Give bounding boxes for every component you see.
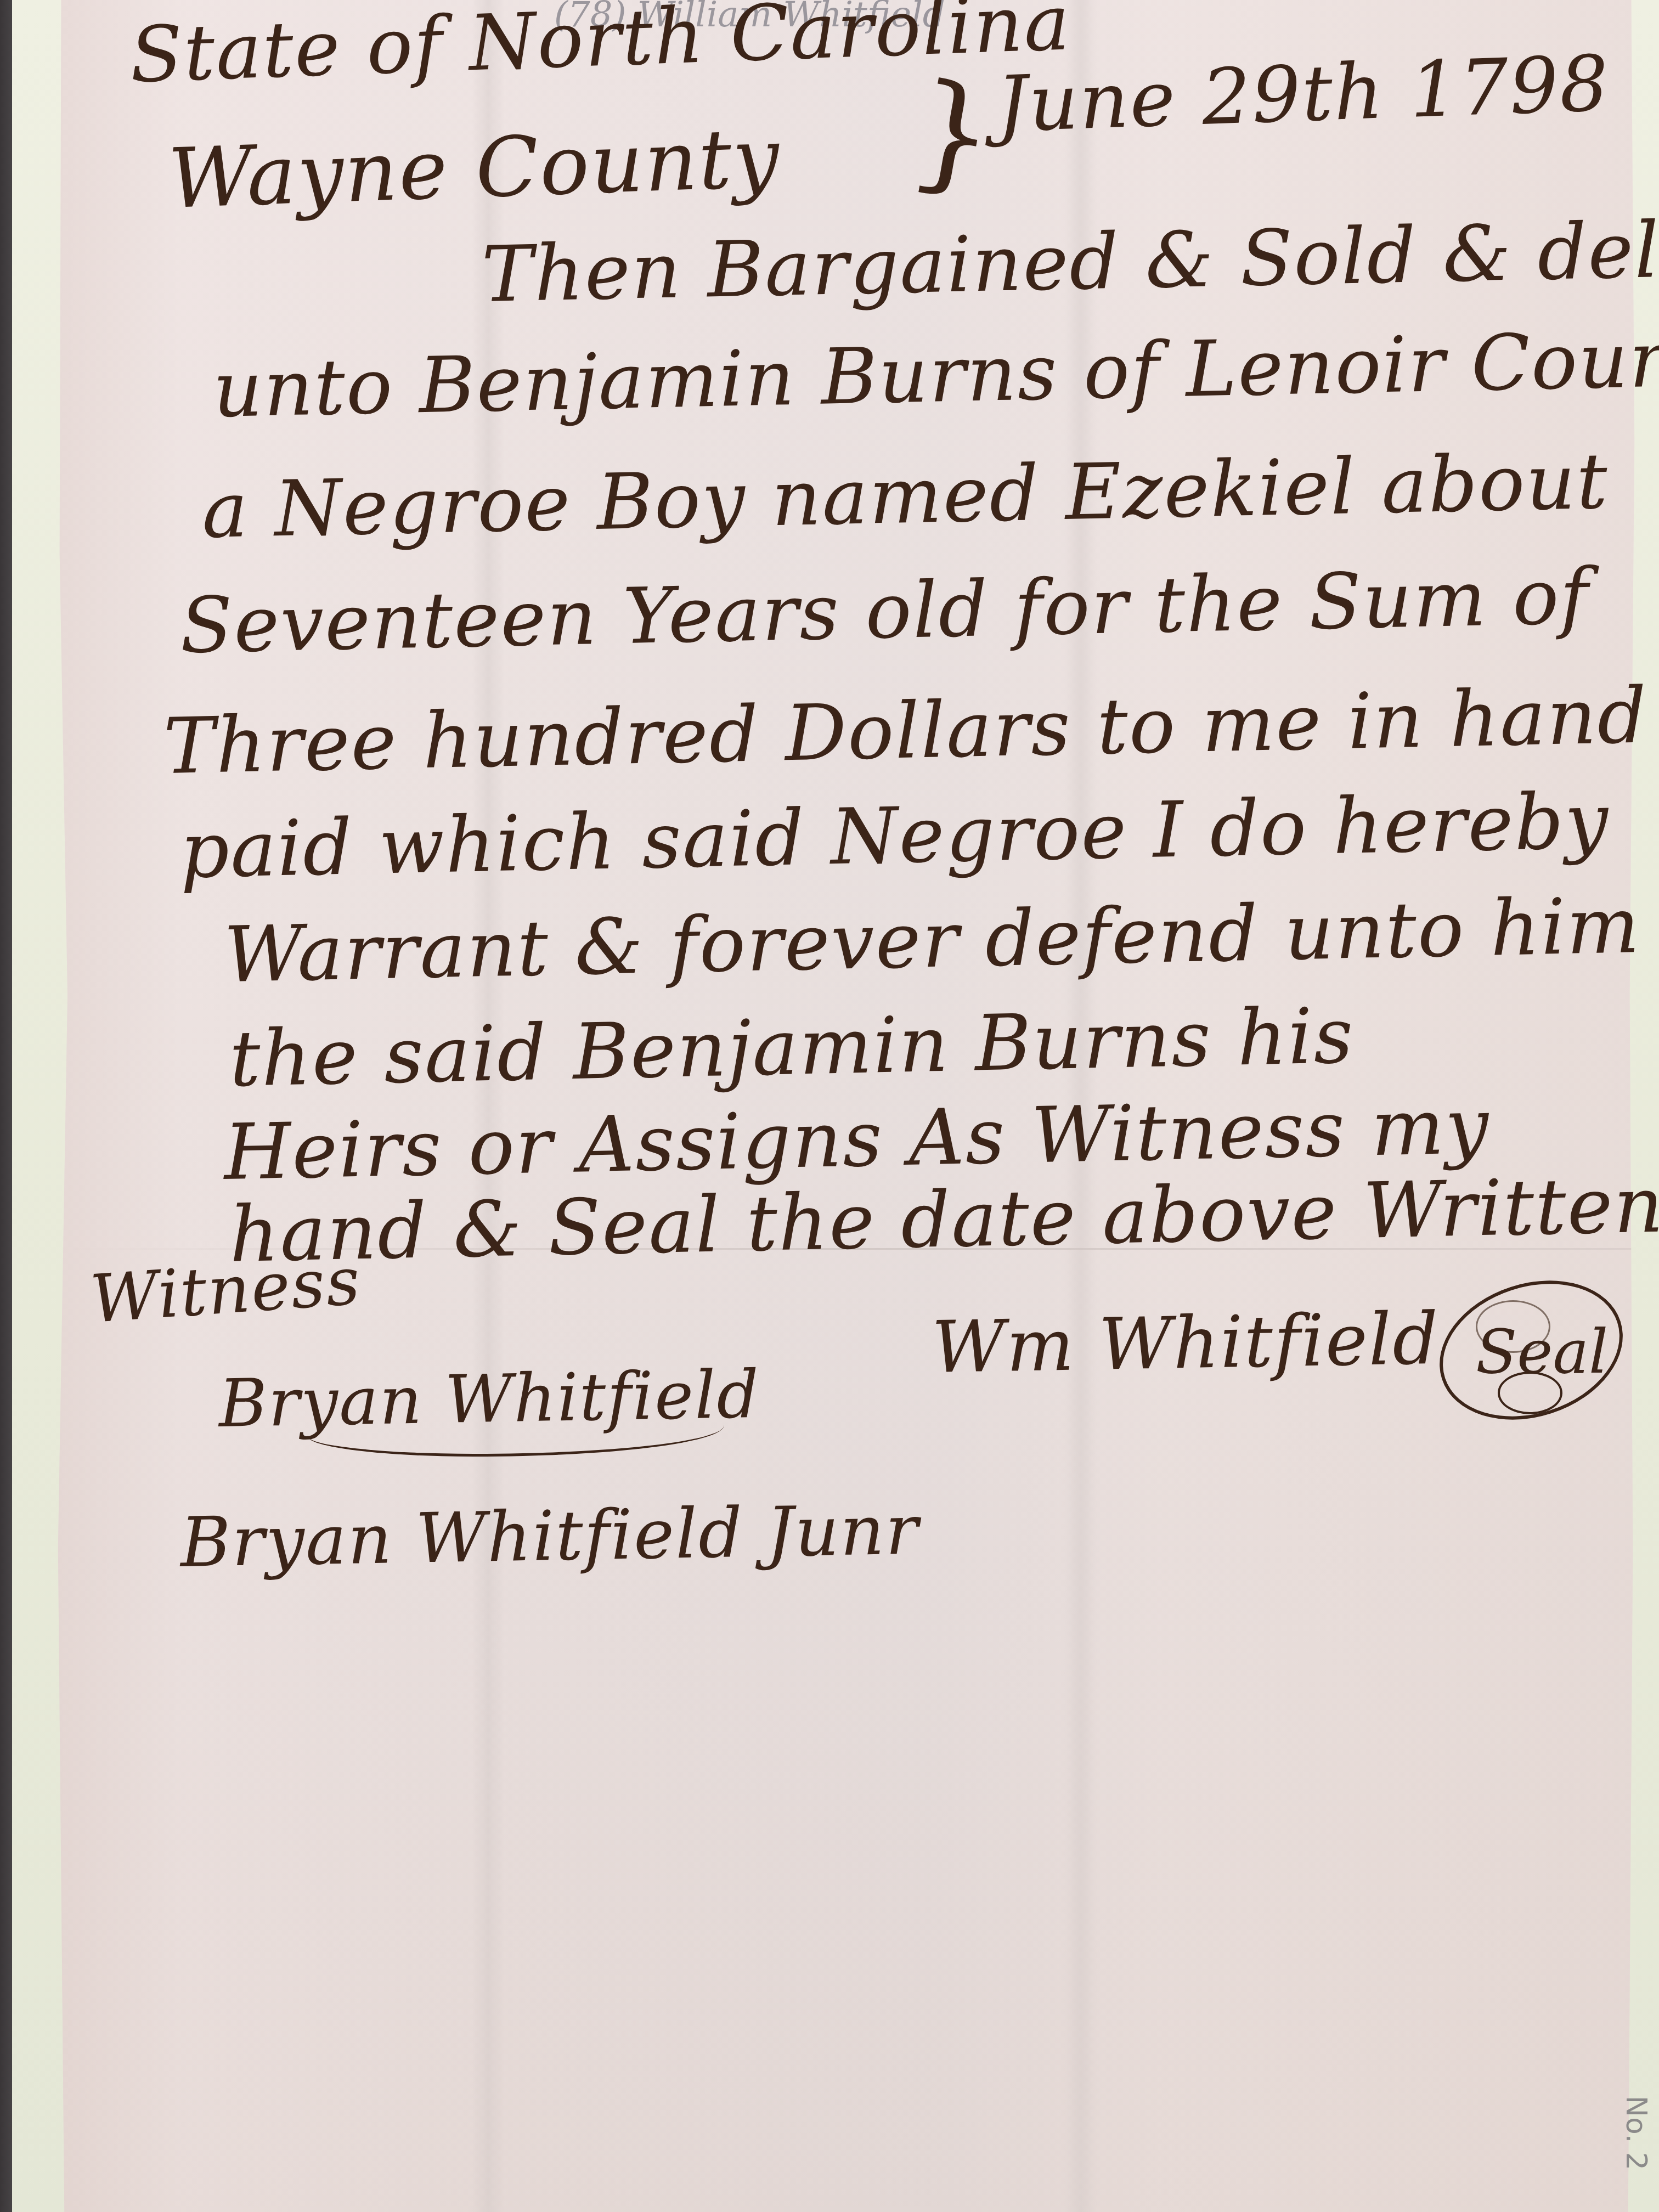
seal-label: Seal bbox=[1476, 1317, 1608, 1387]
grantor-signature: Wm Whitfield bbox=[931, 1297, 1440, 1389]
witness-signature-2: Bryan Whitfield Junr bbox=[179, 1491, 919, 1583]
margin-notation: No. 2 bbox=[1620, 2096, 1652, 2170]
